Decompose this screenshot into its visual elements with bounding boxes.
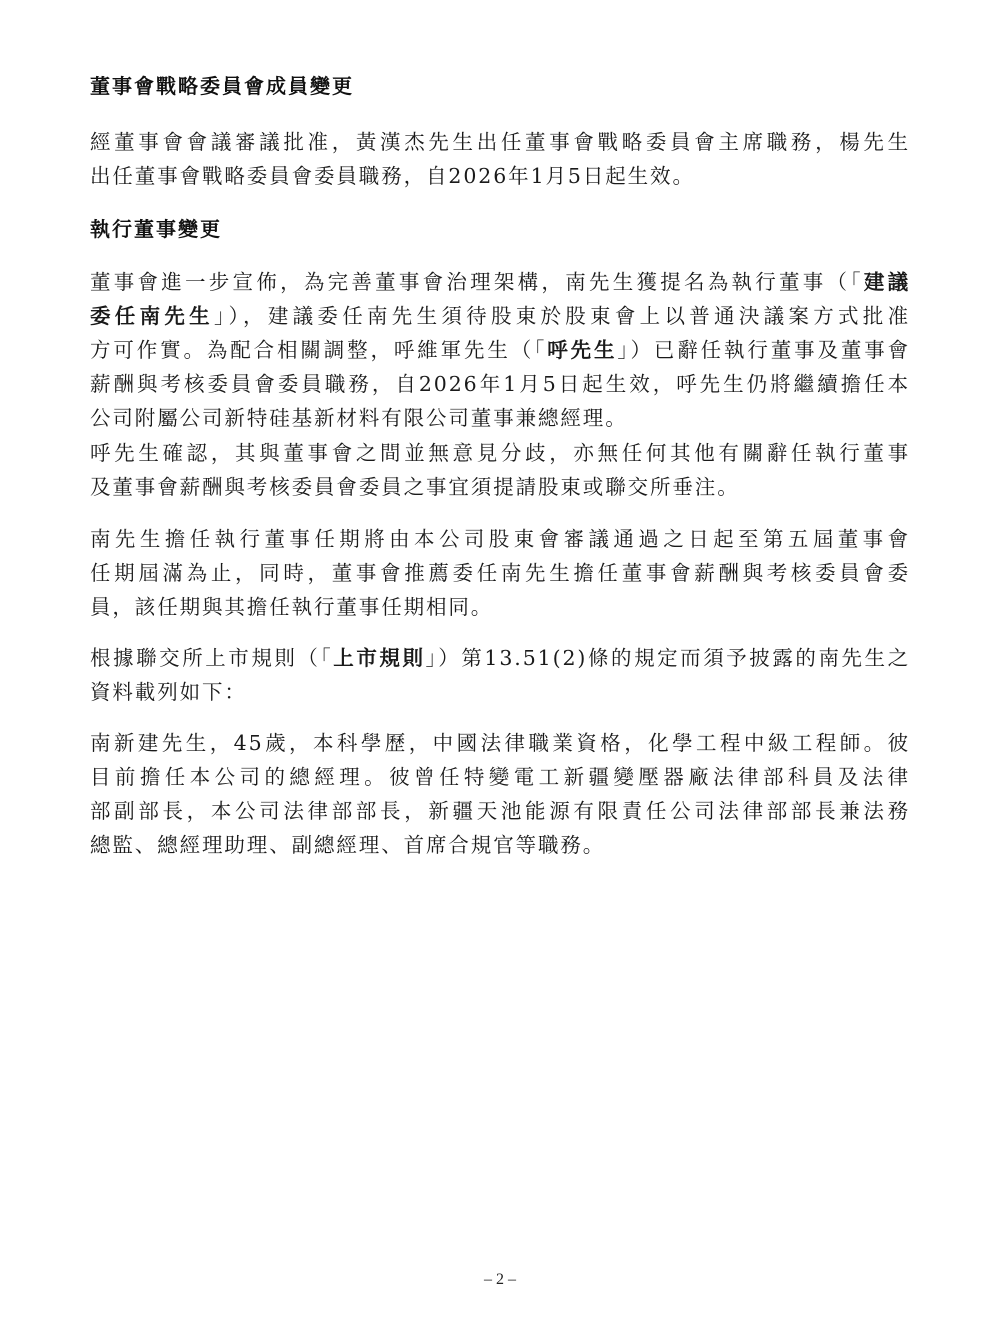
text-run: 南先生擔任執行董事任期將由本公司股東會審議通過之日起至第五屆董事會 [90, 527, 910, 551]
text-run: 資料載列如下： [90, 680, 247, 704]
text-run: 董事會進一步宣佈，為完善董事會治理架構，南先生獲提名為執行董事（「 [90, 270, 864, 294]
text-line: 出任董事會戰略委員會委員職務，自2026年1月5日起生效。 [90, 159, 910, 193]
text-line: 南新建先生，45歲，本科學歷，中國法律職業資格，化學工程中級工程師。彼 [90, 726, 910, 760]
text-line: 目前擔任本公司的總經理。彼曾任特變電工新疆變壓器廠法律部科員及法律 [90, 760, 910, 794]
text-run: 根據聯交所上市規則（「 [90, 646, 333, 670]
section-heading-strategy-committee: 董事會戰略委員會成員變更 [90, 70, 354, 99]
text-line: 委任南先生」），建議委任南先生須待股東於股東會上以普通決議案方式批准 [90, 299, 910, 333]
text-line: 薪酬與考核委員會委員職務，自2026年1月5日起生效，呼先生仍將繼續擔任本 [90, 367, 910, 401]
text-run: 經董事會會議審議批准，黃漢杰先生出任董事會戰略委員會主席職務，楊先生 [90, 130, 910, 154]
paragraph-term-of-office: 南先生擔任執行董事任期將由本公司股東會審議通過之日起至第五屆董事會 任期屆滿為止… [90, 522, 910, 624]
paragraph-biography: 南新建先生，45歲，本科學歷，中國法律職業資格，化學工程中級工程師。彼 目前擔任… [90, 726, 910, 862]
text-line: 任期屆滿為止，同時，董事會推薦委任南先生擔任董事會薪酬與考核委員會委 [90, 556, 910, 590]
text-run: 方可作實。為配合相關調整，呼維軍先生（「 [90, 338, 547, 362]
text-line: 根據聯交所上市規則（「上市規則」）第13.51(2)條的規定而須予披露的南先生之 [90, 641, 910, 675]
page-number: – 2 – [0, 1271, 1000, 1289]
defined-term: 建議 [864, 270, 910, 294]
text-line: 資料載列如下： [90, 675, 910, 709]
text-run: 公司附屬公司新特硅基新材料有限公司董事兼總經理。 [90, 406, 628, 430]
text-run: 總監、總經理助理、副總經理、首席合規官等職務。 [90, 833, 605, 857]
text-run: 部副部長，本公司法律部部長，新疆天池能源有限責任公司法律部部長兼法務 [90, 799, 910, 823]
paragraph-strategy-committee-change: 經董事會會議審議批准，黃漢杰先生出任董事會戰略委員會主席職務，楊先生 出任董事會… [90, 125, 910, 193]
paragraph-listing-rules-disclosure: 根據聯交所上市規則（「上市規則」）第13.51(2)條的規定而須予披露的南先生之… [90, 641, 910, 709]
text-line: 董事會進一步宣佈，為完善董事會治理架構，南先生獲提名為執行董事（「建議 [90, 265, 910, 299]
text-run: 員，該任期與其擔任執行董事任期相同。 [90, 595, 493, 619]
text-line: 部副部長，本公司法律部部長，新疆天池能源有限責任公司法律部部長兼法務 [90, 794, 910, 828]
text-line: 呼先生確認，其與董事會之間並無意見分歧，亦無任何其他有關辭任執行董事 [90, 436, 910, 470]
defined-term: 上市規則 [333, 646, 425, 670]
text-run: 出任董事會戰略委員會委員職務，自2026年1月5日起生效。 [90, 164, 695, 188]
text-run: 」）第13.51(2)條的規定而須予披露的南先生之 [426, 646, 911, 670]
defined-term: 委任南先生 [90, 304, 214, 328]
section-heading-executive-director: 執行董事變更 [90, 213, 222, 242]
text-line: 總監、總經理助理、副總經理、首席合規官等職務。 [90, 828, 910, 862]
text-line: 公司附屬公司新特硅基新材料有限公司董事兼總經理。 [90, 401, 910, 435]
text-run: 南新建先生，45歲，本科學歷，中國法律職業資格，化學工程中級工程師。彼 [90, 731, 910, 755]
text-line: 及董事會薪酬與考核委員會委員之事宜須提請股東或聯交所垂注。 [90, 470, 910, 504]
text-line: 南先生擔任執行董事任期將由本公司股東會審議通過之日起至第五屆董事會 [90, 522, 910, 556]
text-run: 」）已辭任執行董事及董事會 [617, 338, 910, 362]
paragraph-director-nomination: 董事會進一步宣佈，為完善董事會治理架構，南先生獲提名為執行董事（「建議 委任南先… [90, 265, 910, 435]
paragraph-resignation-confirmation: 呼先生確認，其與董事會之間並無意見分歧，亦無任何其他有關辭任執行董事 及董事會薪… [90, 436, 910, 504]
text-run: 薪酬與考核委員會委員職務，自2026年1月5日起生效，呼先生仍將繼續擔任本 [90, 372, 910, 396]
text-run: 及董事會薪酬與考核委員會委員之事宜須提請股東或聯交所垂注。 [90, 475, 740, 499]
text-run: 任期屆滿為止，同時，董事會推薦委任南先生擔任董事會薪酬與考核委員會委 [90, 561, 910, 585]
text-run: 目前擔任本公司的總經理。彼曾任特變電工新疆變壓器廠法律部科員及法律 [90, 765, 910, 789]
defined-term: 呼先生 [547, 338, 617, 362]
text-line: 方可作實。為配合相關調整，呼維軍先生（「呼先生」）已辭任執行董事及董事會 [90, 333, 910, 367]
text-run: 」），建議委任南先生須待股東於股東會上以普通決議案方式批准 [214, 304, 910, 328]
text-line: 員，該任期與其擔任執行董事任期相同。 [90, 590, 910, 624]
text-run: 呼先生確認，其與董事會之間並無意見分歧，亦無任何其他有關辭任執行董事 [90, 441, 910, 465]
text-line: 經董事會會議審議批准，黃漢杰先生出任董事會戰略委員會主席職務，楊先生 [90, 125, 910, 159]
